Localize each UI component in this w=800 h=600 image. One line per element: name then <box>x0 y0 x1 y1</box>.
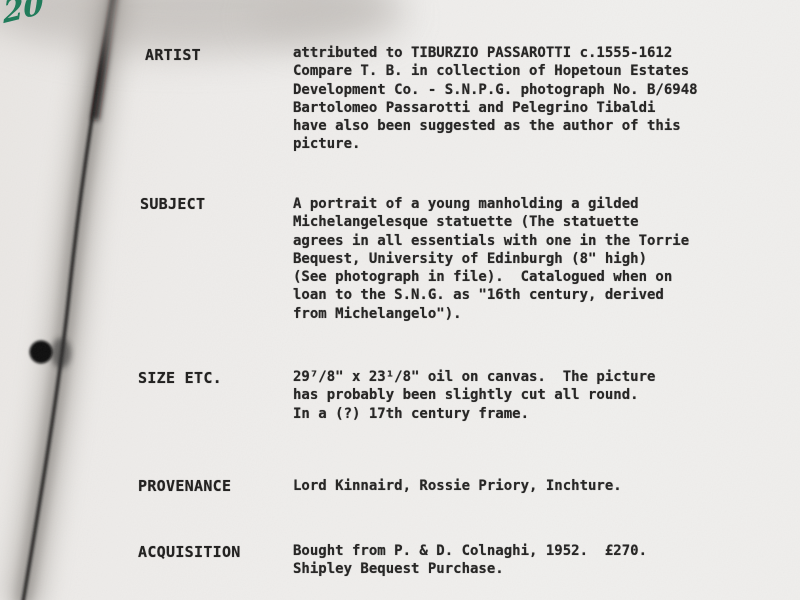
field-value-acquisition: Bought from P. & D. Colnaghi, 1952. £270… <box>293 542 647 579</box>
field-value-subject: A portrait of a young manholding a gilde… <box>293 195 689 323</box>
field-label-provenance: PROVENANCE <box>138 477 231 495</box>
field-label-acquisition: ACQUISITION <box>138 543 241 561</box>
hole-punch-smudge <box>51 338 71 368</box>
field-value-provenance: Lord Kinnaird, Rossie Priory, Inchture. <box>293 477 622 495</box>
field-label-subject: SUBJECT <box>140 195 205 213</box>
field-value-artist: attributed to TIBURZIO PASSAROTTI c.1555… <box>293 44 698 154</box>
field-label-size: SIZE ETC. <box>138 369 222 387</box>
hole-punch-dot <box>30 341 53 364</box>
scanned-document: 20 ARTIST attributed to TIBURZIO PASSARO… <box>0 0 800 600</box>
field-value-size: 29⁷/8" x 23¹/8" oil on canvas. The pictu… <box>293 368 655 423</box>
field-label-artist: ARTIST <box>145 46 201 64</box>
